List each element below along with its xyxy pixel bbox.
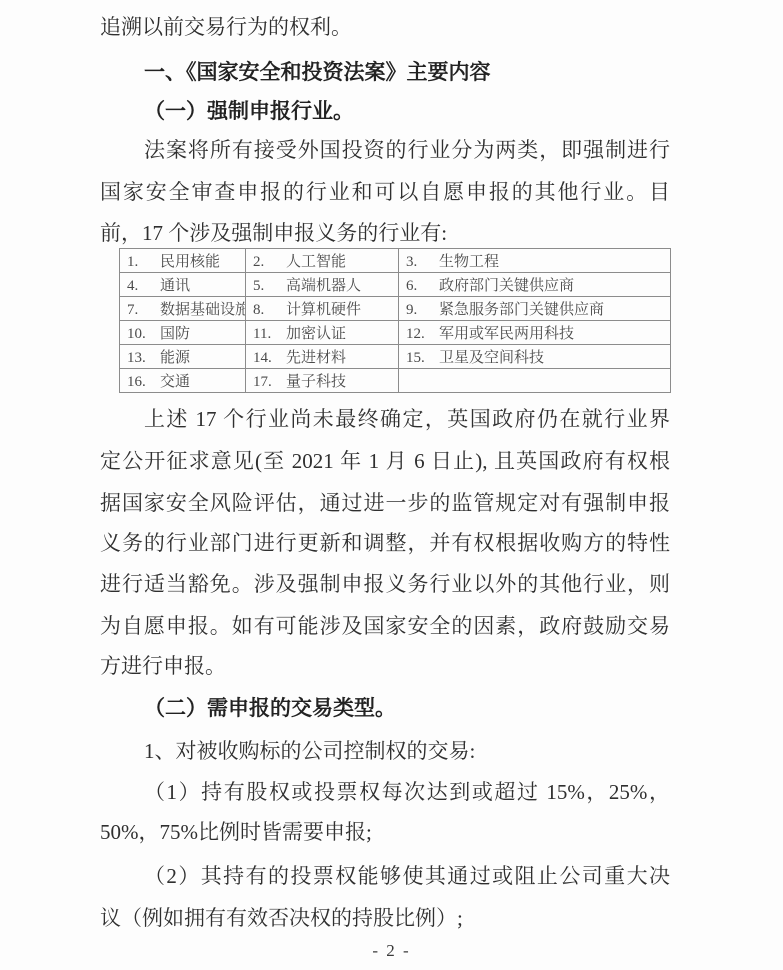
industry-cell: 2.人工智能 [246, 249, 399, 273]
industry-cell: 10.国防 [120, 321, 246, 345]
industry-cell: 3.生物工程 [399, 249, 671, 273]
industry-cell: 11.加密认证 [246, 321, 399, 345]
table-row: 1.民用核能 2.人工智能 3.生物工程 [120, 249, 671, 273]
para-line: 为自愿申报。如有可能涉及国家安全的因素，政府鼓励交易 [100, 611, 670, 643]
industry-cell: 1.民用核能 [120, 249, 246, 273]
page-number: - 2 - [0, 941, 783, 961]
industry-cell: 15.卫星及空间科技 [399, 345, 671, 369]
para-line: 据国家安全风险评估，通过进一步的监管规定对有强制申报 [100, 488, 670, 520]
industry-number: 10. [127, 326, 160, 343]
industry-name: 通讯 [160, 278, 190, 294]
industry-number: 13. [127, 350, 160, 367]
para-line: 定公开征求意见(至 2021 年 1 月 6 日止), 且英国政府有权根 [100, 446, 670, 478]
industry-number: 15. [406, 350, 439, 367]
industry-number: 11. [253, 326, 286, 343]
para-line: 国家安全审查申报的行业和可以自愿申报的其他行业。目 [100, 177, 670, 209]
para-line: 方进行申报。 [100, 651, 670, 683]
document-page: 追溯以前交易行为的权利。 一、《国家安全和投资法案》主要内容 （一）强制申报行业… [0, 0, 783, 970]
para-line: 义务的行业部门进行更新和调整，并有权根据收购方的特性 [100, 528, 670, 560]
list-item-line: 50%，75%比例时皆需要申报; [100, 817, 670, 849]
para-line: 上述 17 个行业尚未最终确定，英国政府仍在就行业界 [100, 404, 670, 436]
industry-number: 7. [127, 302, 160, 319]
industry-number: 8. [253, 302, 286, 319]
industry-cell: 9.紧急服务部门关键供应商 [399, 297, 671, 321]
industry-name: 卫星及空间科技 [439, 350, 544, 366]
table-row: 13.能源 14.先进材料 15.卫星及空间科技 [120, 345, 671, 369]
industry-name: 生物工程 [439, 254, 499, 270]
industry-cell: 12.军用或军民两用科技 [399, 321, 671, 345]
industry-number: 4. [127, 278, 160, 295]
para-line: 法案将所有接受外国投资的行业分为两类，即强制进行 [100, 135, 670, 167]
industry-name: 先进材料 [286, 350, 346, 366]
para-line: 前，17 个涉及强制申报义务的行业有: [100, 218, 670, 250]
industry-name: 计算机硬件 [286, 302, 361, 318]
sub-heading-transaction-types: （二）需申报的交易类型。 [100, 693, 670, 725]
industry-cell: 4.通讯 [120, 273, 246, 297]
industry-number: 9. [406, 302, 439, 319]
industry-name: 民用核能 [160, 254, 220, 270]
industry-name: 数据基础设施 [160, 302, 246, 318]
industry-cell-empty [399, 369, 671, 393]
industry-name: 军用或军民两用科技 [439, 326, 574, 342]
industry-name: 政府部门关键供应商 [439, 278, 574, 294]
industry-cell: 8.计算机硬件 [246, 297, 399, 321]
mandatory-industries-table: 1.民用核能 2.人工智能 3.生物工程 4.通讯 5.高端机器人 6.政府部门… [119, 248, 671, 393]
opening-line: 追溯以前交易行为的权利。 [100, 12, 670, 44]
list-item-line: （1）持有股权或投票权每次达到或超过 15%，25%， [100, 777, 670, 809]
industry-cell: 13.能源 [120, 345, 246, 369]
industry-number: 14. [253, 350, 286, 367]
section-heading: 一、《国家安全和投资法案》主要内容 [100, 57, 670, 89]
industry-cell: 16.交通 [120, 369, 246, 393]
industry-name: 人工智能 [286, 254, 346, 270]
list-item-line: 议（例如拥有有效否决权的持股比例）; [100, 903, 670, 935]
industry-name: 量子科技 [286, 374, 346, 390]
industry-number: 6. [406, 278, 439, 295]
industry-number: 12. [406, 326, 439, 343]
industry-name: 加密认证 [286, 326, 346, 342]
industry-number: 17. [253, 374, 286, 391]
industry-cell: 14.先进材料 [246, 345, 399, 369]
industry-number: 2. [253, 254, 286, 271]
industry-name: 交通 [160, 374, 190, 390]
industry-name: 紧急服务部门关键供应商 [439, 302, 604, 318]
industry-number: 3. [406, 254, 439, 271]
industry-number: 16. [127, 374, 160, 391]
sub-heading-mandatory-industries: （一）强制申报行业。 [100, 96, 670, 128]
industry-number: 5. [253, 278, 286, 295]
industry-number: 1. [127, 254, 160, 271]
table-row: 7.数据基础设施 8.计算机硬件 9.紧急服务部门关键供应商 [120, 297, 671, 321]
industry-name: 国防 [160, 326, 190, 342]
table-row: 4.通讯 5.高端机器人 6.政府部门关键供应商 [120, 273, 671, 297]
industry-cell: 5.高端机器人 [246, 273, 399, 297]
industry-cell: 6.政府部门关键供应商 [399, 273, 671, 297]
table-row: 10.国防 11.加密认证 12.军用或军民两用科技 [120, 321, 671, 345]
industry-name: 能源 [160, 350, 190, 366]
list-item-line: （2）其持有的投票权能够使其通过或阻止公司重大决 [100, 861, 670, 893]
industry-name: 高端机器人 [286, 278, 361, 294]
industry-cell: 7.数据基础设施 [120, 297, 246, 321]
table-row: 16.交通 17.量子科技 [120, 369, 671, 393]
industry-cell: 17.量子科技 [246, 369, 399, 393]
para-line: 进行适当豁免。涉及强制申报义务行业以外的其他行业，则 [100, 569, 670, 601]
list-item: 1、对被收购标的公司控制权的交易: [100, 736, 670, 768]
